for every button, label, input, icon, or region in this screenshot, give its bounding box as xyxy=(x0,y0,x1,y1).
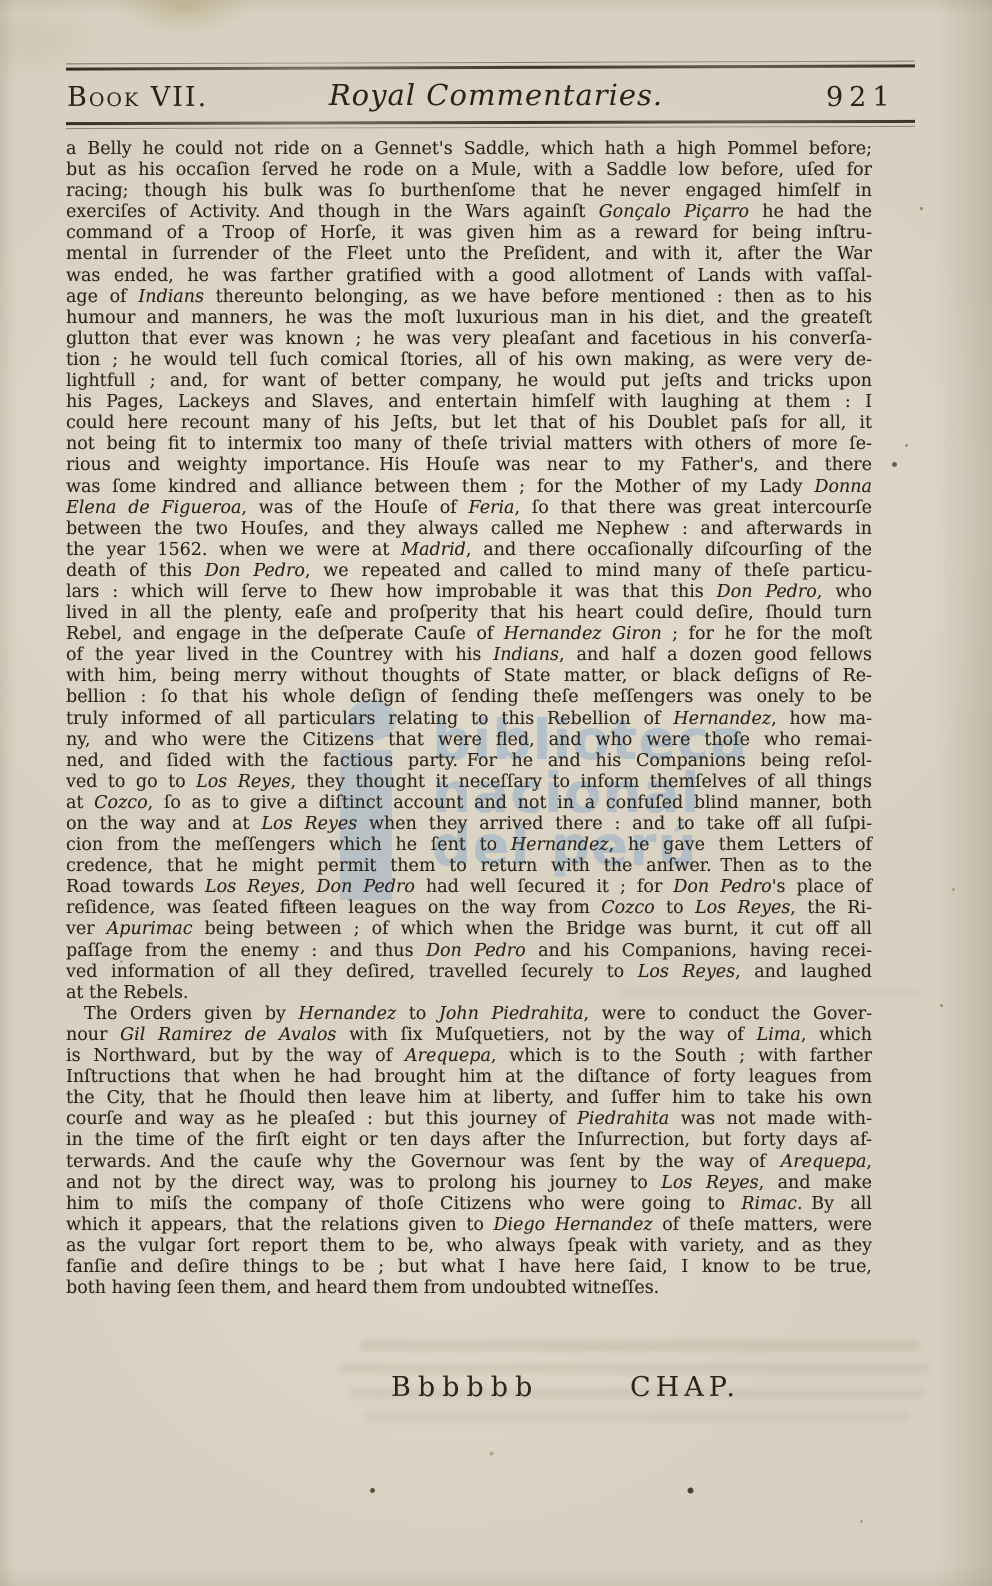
text-line: nour Gil Ramirez de Avalos with ſix Muſq… xyxy=(66,1025,872,1046)
text-line: a Belly he could not ride on a Gennet's … xyxy=(66,139,872,160)
text-line: ved information of all they deſired, tra… xyxy=(66,962,872,983)
text-line: his Pages, Lackeys and Slaves, and enter… xyxy=(66,392,872,413)
text-line: lightfull ; and, for want of better comp… xyxy=(66,371,872,392)
text-line: in the time of the firſt eight or ten da… xyxy=(66,1130,872,1151)
text-line: the year 1562. when we were at Madrid, a… xyxy=(66,540,872,561)
text-line: at the Rebels. xyxy=(66,983,872,1004)
text-line: racing; though his bulk was ſo burthenſo… xyxy=(66,181,872,202)
text-line: reſidence, was ſeated fifteen leagues on… xyxy=(66,898,872,919)
text-line: command of a Troop of Horſe, it was give… xyxy=(66,223,872,244)
text-line: Elena de Figueroa, was of the Houſe of F… xyxy=(66,498,872,519)
page-body: a Belly he could not ride on a Gennet's … xyxy=(66,139,872,1299)
header-rule-bottom-echo xyxy=(66,126,915,129)
text-line: between the two Houſes, and they always … xyxy=(66,519,872,540)
text-line: death of this Don Pedro, we repeated and… xyxy=(66,561,872,582)
text-line: him to miſs the company of thoſe Citizen… xyxy=(66,1194,872,1215)
header-rule-bottom xyxy=(66,120,915,125)
text-line: humour and manners, he was the moſt luxu… xyxy=(66,308,872,329)
page-footer: Bbbbbb CHAP. xyxy=(0,1372,992,1412)
text-line: with him, being merry without thoughts o… xyxy=(66,666,872,687)
text-line: Rebel, and engage in the deſperate Cauſe… xyxy=(66,624,872,645)
text-line: and not by the direct way, was to prolon… xyxy=(66,1173,872,1194)
foxing-spots xyxy=(0,0,3,3)
running-header: Royal Commentaries. Book VII. 921 xyxy=(0,78,992,120)
text-line: but as his occaſion ſerved he rode on a … xyxy=(66,160,872,181)
text-line: could here recount many of his Jeſts, bu… xyxy=(66,413,872,434)
text-line: courſe and way as he pleaſed : but this … xyxy=(66,1109,872,1130)
text-line: was ended, he was farther gratified with… xyxy=(66,266,872,287)
text-line: exerciſes of Activity. And though in the… xyxy=(66,202,872,223)
signature-mark: Bbbbbb xyxy=(391,1372,539,1403)
show-through xyxy=(365,1412,910,1423)
catchword: CHAP. xyxy=(630,1372,740,1403)
text-line: Inſtructions that when he had brought hi… xyxy=(66,1067,872,1088)
text-line: paſſage from the enemy : and thus Don Pe… xyxy=(66,941,872,962)
text-line: rious and weighty importance. His Houſe … xyxy=(66,455,872,476)
text-line: bellion : ſo that his whole deſign of ſe… xyxy=(66,687,872,708)
text-line: not being fit to intermix too many of th… xyxy=(66,434,872,455)
text-line: ny, and who were the Citizens that were … xyxy=(66,730,872,751)
text-line: age of Indians thereunto belonging, as w… xyxy=(66,287,872,308)
text-line: truly informed of all particulars relati… xyxy=(66,709,872,730)
book-label: Book VII. xyxy=(67,82,208,113)
page-number: 921 xyxy=(826,82,896,113)
text-line: the City, that he ſhould then leave him … xyxy=(66,1088,872,1109)
text-line: cion from the meſſengers which he ſent t… xyxy=(66,835,872,856)
text-line: lars : which will ſerve to ſhew how impr… xyxy=(66,582,872,603)
text-line: Road towards Los Reyes, Don Pedro had we… xyxy=(66,877,872,898)
text-line: both having ſeen them, and heard them fr… xyxy=(66,1278,872,1299)
show-through xyxy=(360,1340,920,1351)
text-line: is Northward, but by the way of Arequepa… xyxy=(66,1046,872,1067)
text-line: ved to go to Los Reyes, they thought it … xyxy=(66,772,872,793)
text-line: was ſome kindred and alliance between th… xyxy=(66,477,872,498)
book-page: Royal Commentaries. Book VII. 921 biblio… xyxy=(0,0,992,1586)
text-line: glutton that ever was known ; he was ver… xyxy=(66,329,872,350)
text-line: on the way and at Los Reyes when they ar… xyxy=(66,814,872,835)
text-line: of the year lived in the Countrey with h… xyxy=(66,645,872,666)
text-line: which it appears, that the relations giv… xyxy=(66,1215,872,1236)
text-line: ver Apurimac being between ; of which wh… xyxy=(66,919,872,940)
text-line: as the vulgar ſort report them to be, wh… xyxy=(66,1236,872,1257)
header-rule-top xyxy=(66,64,915,70)
text-line: credence, that he might permit them to r… xyxy=(66,856,872,877)
text-line: terwards. And the cauſe why the Governou… xyxy=(66,1152,872,1173)
text-line: lived in all the plenty, eaſe and proſpe… xyxy=(66,603,872,624)
header-rule-top-echo xyxy=(66,61,915,65)
text-line: mental in ſurrender of the Fleet unto th… xyxy=(66,244,872,265)
text-line: ned, and ſided with the factious party. … xyxy=(66,751,872,772)
text-line: tion ; he would tell ſuch comical ſtorie… xyxy=(66,350,872,371)
text-line: at Cozco, ſo as to give a diſtinct accou… xyxy=(66,793,872,814)
text-line: fanſie and deſire things to be ; but wha… xyxy=(66,1257,872,1278)
text-line: The Orders given by Hernandez to John Pi… xyxy=(66,1004,872,1025)
